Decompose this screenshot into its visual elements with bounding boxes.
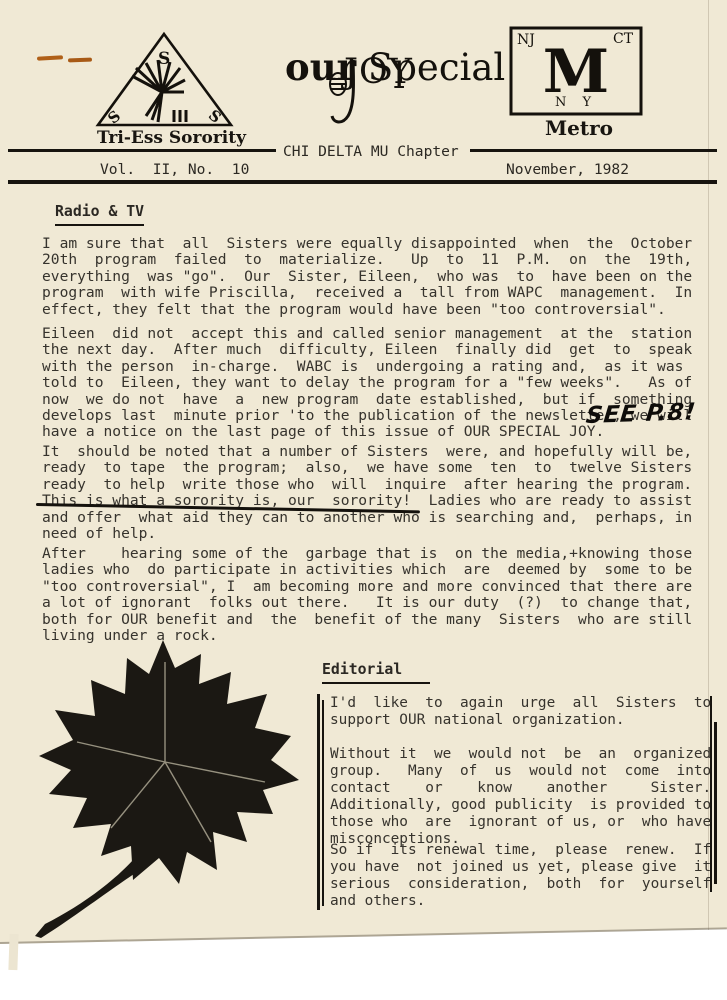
handwritten-note-see-p8: SEE P.8! [585, 399, 698, 429]
radio-tv-paragraph-3: It should be noted that a number of Sist… [42, 444, 692, 542]
editorial-left-bracket [317, 694, 320, 910]
text-line: group. Many of us would not come into [330, 763, 711, 780]
text-line: "too controversial", I am becoming more … [42, 579, 692, 595]
text-line: told to Eileen, they want to delay the p… [42, 375, 692, 391]
editorial-right-bar [714, 722, 717, 884]
joy-flourish-icon [322, 58, 382, 128]
section-heading-editorial: Editorial [322, 661, 430, 684]
staple-mark [68, 58, 92, 63]
text-line: both for OUR benefit and the benefit of … [42, 612, 692, 628]
section-heading-radio-tv: Radio & TV [55, 203, 144, 226]
horizontal-rule [8, 180, 717, 184]
horizontal-rule [470, 149, 717, 152]
triangle-letter-right: S [205, 106, 225, 127]
horizontal-rule [8, 149, 276, 152]
text-line: After hearing some of the garbage that i… [42, 546, 692, 562]
tri-ess-logo: S S S [92, 30, 237, 130]
text-line: you have not joined us yet, please give … [330, 859, 711, 876]
metro-nj: NJ [517, 32, 535, 48]
text-line: those who are ignorant of us, or who hav… [330, 814, 711, 831]
text-line: ready to help write those who will inqui… [42, 477, 692, 493]
editorial-paragraph-1: I'd like to again urge all Sisters tosup… [330, 695, 711, 729]
text-line: support OUR national organization. [330, 712, 711, 729]
editorial-paragraph-2: Without it we would not be an organizedg… [330, 746, 711, 848]
text-line: everything was "go". Our Sister, Eileen,… [42, 269, 692, 285]
text-line: ready to tape the program; also, we have… [42, 460, 692, 476]
text-line: a lot of ignorant folks out there. It is… [42, 595, 692, 611]
issue-date: November, 1982 [506, 161, 629, 178]
text-line: need of help. [42, 526, 692, 542]
editorial-paragraph-3: So if its renewal time, please renew. If… [330, 842, 711, 910]
metro-logo: NJ CT M N Y [507, 24, 647, 118]
text-line: the next day. After much difficulty, Eil… [42, 342, 692, 358]
metro-caption: Metro [545, 116, 613, 140]
text-line: Eileen did not accept this and called se… [42, 326, 692, 342]
text-line: I'd like to again urge all Sisters to [330, 695, 711, 712]
text-line: It should be noted that a number of Sist… [42, 444, 692, 460]
text-line: Additionally, good publicity is provided… [330, 797, 711, 814]
text-line: ladies who do participate in activities … [42, 562, 692, 578]
metro-ct: CT [613, 31, 634, 47]
text-line: serious consideration, both for yourself [330, 876, 711, 893]
tri-ess-caption: Tri-Ess Sorority [97, 128, 246, 148]
text-line: contact or know another Sister. [330, 780, 711, 797]
editorial-left-bracket [322, 700, 324, 906]
text-line: and others. [330, 893, 711, 910]
text-line: I am sure that all Sisters were equally … [42, 236, 692, 252]
metro-ny: N Y [555, 95, 597, 110]
text-line: 20th program failed to materialize. Up t… [42, 252, 692, 268]
volume-number: Vol. II, No. 10 [100, 161, 249, 178]
radio-tv-paragraph-1: I am sure that all Sisters were equally … [42, 236, 692, 318]
text-line: So if its renewal time, please renew. If [330, 842, 711, 859]
chapter-name: CHI DELTA MU Chapter [283, 143, 459, 160]
newsletter-page: our Special JOY S S S [0, 0, 727, 1000]
text-line: Without it we would not be an organized [330, 746, 711, 763]
maple-leaf-image [15, 632, 315, 942]
text-line: program with wife Priscilla, received a … [42, 285, 692, 301]
text-line: effect, they felt that the program would… [42, 302, 692, 318]
triangle-sunburst [132, 60, 186, 122]
text-line: with the person in-charge. WABC is under… [42, 359, 692, 375]
radio-tv-paragraph-4: After hearing some of the garbage that i… [42, 546, 692, 644]
